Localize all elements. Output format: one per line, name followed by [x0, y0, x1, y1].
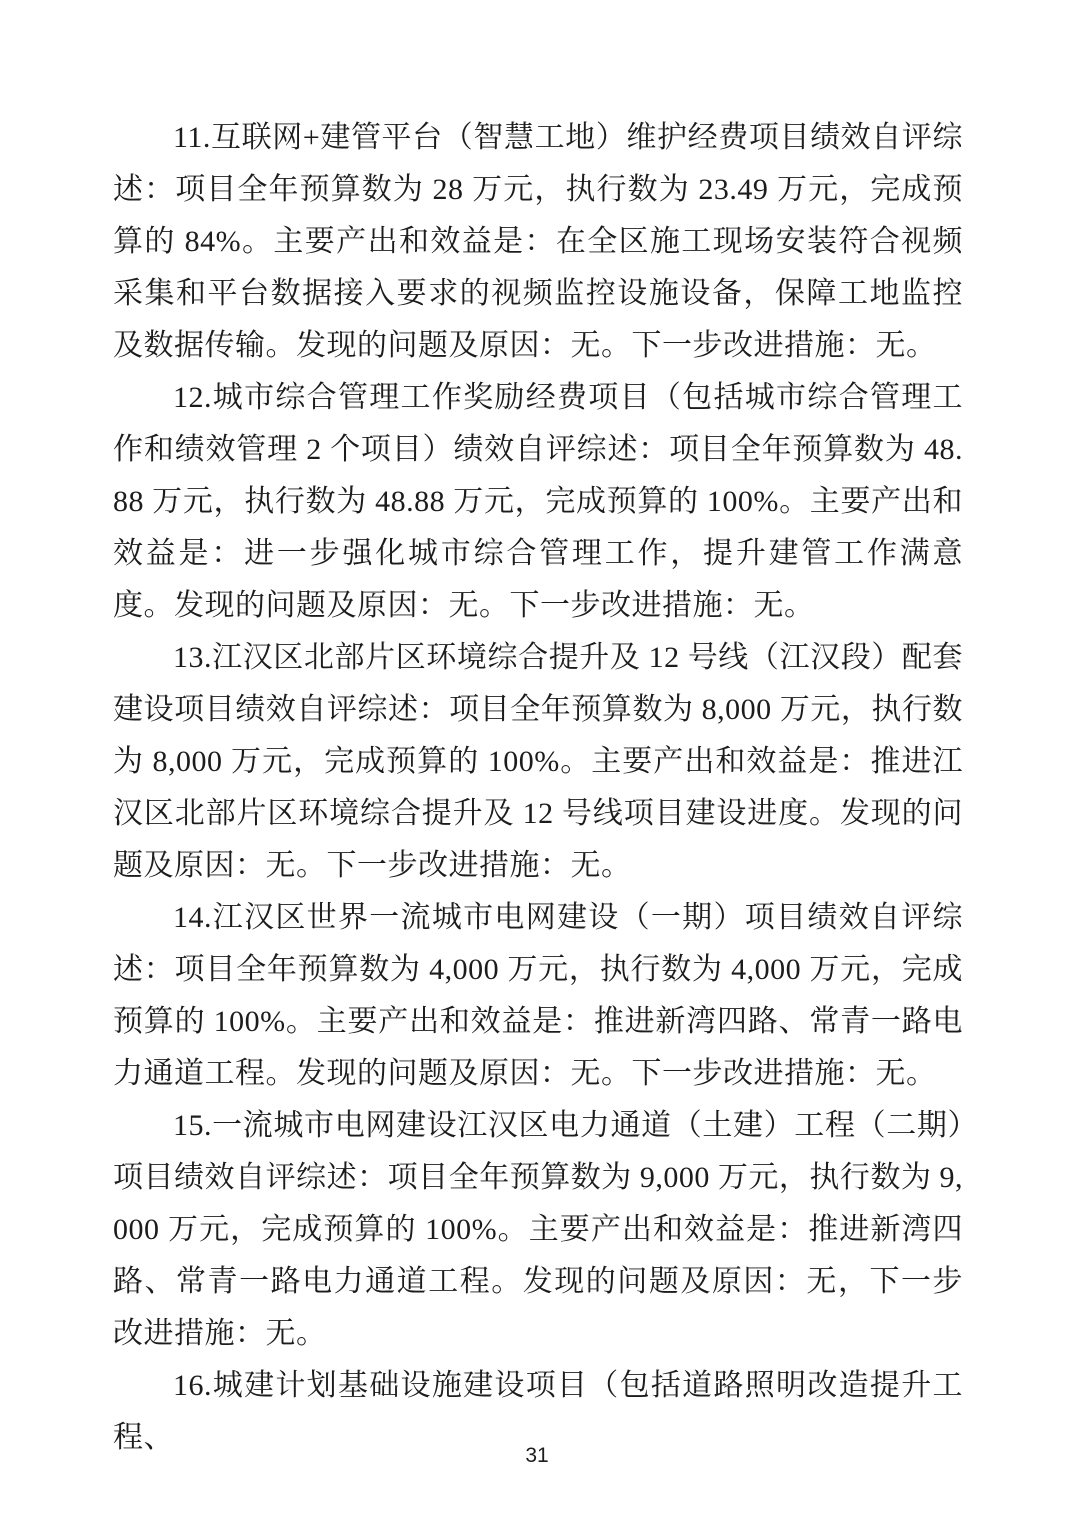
paragraph-item-12: 12.城市综合管理工作奖励经费项目（包括城市综合管理工作和绩效管理 2 个项目）…: [113, 372, 963, 632]
paragraph-item-15: 15.一流城市电网建设江汉区电力通道（土建）工程（二期）项目绩效自评综述：项目全…: [113, 1100, 963, 1360]
document-page: 11.互联网+建管平台（智慧工地）维护经费项目绩效自评综述：项目全年预算数为 2…: [0, 0, 1074, 1520]
paragraph-item-14: 14.江汉区世界一流城市电网建设（一期）项目绩效自评综述：项目全年预算数为 4,…: [113, 892, 963, 1100]
page-number: 31: [525, 1444, 548, 1467]
paragraph-item-11: 11.互联网+建管平台（智慧工地）维护经费项目绩效自评综述：项目全年预算数为 2…: [113, 112, 963, 372]
document-body: 11.互联网+建管平台（智慧工地）维护经费项目绩效自评综述：项目全年预算数为 2…: [113, 112, 963, 1464]
paragraph-item-13: 13.江汉区北部片区环境综合提升及 12 号线（江汉段）配套建设项目绩效自评综述…: [113, 632, 963, 892]
page-footer: 31: [0, 1444, 1074, 1468]
